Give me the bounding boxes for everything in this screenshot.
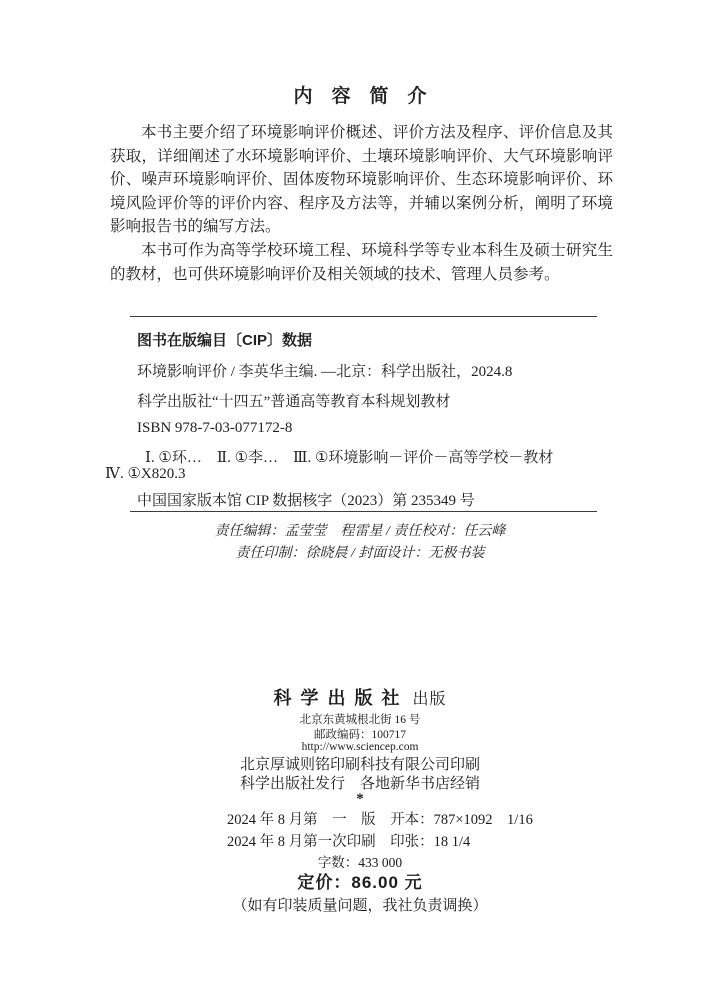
staff-credits: 责任编辑：孟莹莹 程雷星 / 责任校对：任云峰 责任印制：徐晓晨 / 封面设计：… [0,521,720,565]
divider-top [130,316,597,317]
printing-line: 2024 年 8 月第一次印刷 印张：18 1/4 [227,832,647,854]
publisher-logotype: 科学出版社 [273,688,408,708]
credits-line-editors: 责任编辑：孟莹莹 程雷星 / 责任校对：任云峰 [0,521,720,543]
cip-classification-line1: Ⅰ. ①环… Ⅱ. ①李… Ⅲ. ①环境影响－评价－高等学校－教材 [145,446,553,467]
content-summary-title: 内 容 简 介 [0,81,720,108]
divider-bottom [130,511,597,512]
asterisk-separator: * [0,791,720,808]
publisher-line: 科学出版社 出版 [0,684,720,710]
quality-notice: （如有印装质量问题，我社负责调换） [0,894,720,915]
printer-line: 北京厚诚则铭印刷科技有限公司印刷 [0,753,720,774]
summary-paragraph-1: 本书主要介绍了环境影响评价概述、评价方法及程序、评价信息及其获取，详细阐述了水环… [110,121,613,239]
publisher-postcode: 邮政编码：100717 [0,726,720,742]
cip-series-statement: 科学出版社“十四五”普通高等教育本科规划教材 [137,390,450,411]
copyright-page: 内 容 简 介 本书主要介绍了环境影响评价概述、评价方法及程序、评价信息及其获取… [0,0,720,1000]
cip-title-statement: 环境影响评价 / 李英华主编. —北京：科学出版社，2024.8 [137,360,512,381]
edition-details: 2024 年 8 月第 一 版 开本：787×1092 1/16 2024 年 … [227,810,647,853]
summary-paragraph-2: 本书可作为高等学校环境工程、环境科学等专业本科生及硕士研究生的教材，也可供环境影… [110,239,613,286]
cip-header: 图书在版编目〔CIP〕数据 [137,329,312,350]
publisher-website: http://www.sciencep.com [0,741,720,753]
distribution-line: 科学出版社发行 各地新华书店经销 [0,772,720,793]
price-line: 定价：86.00 元 [0,868,720,893]
isbn-number: ISBN 978-7-03-077172-8 [137,420,292,437]
edition-line: 2024 年 8 月第 一 版 开本：787×1092 1/16 [227,810,647,832]
credits-line-print-design: 责任印制：徐晓晨 / 封面设计：无极书装 [0,543,720,565]
content-summary-body: 本书主要介绍了环境影响评价概述、评价方法及程序、评价信息及其获取，详细阐述了水环… [110,121,613,286]
cip-record-number: 中国国家版本馆 CIP 数据核字（2023）第 235349 号 [137,489,475,510]
publisher-address: 北京东黄城根北街 16 号 [0,711,720,727]
publisher-suffix: 出版 [412,691,446,708]
cip-classification-line2: Ⅳ. ①X820.3 [105,464,186,483]
